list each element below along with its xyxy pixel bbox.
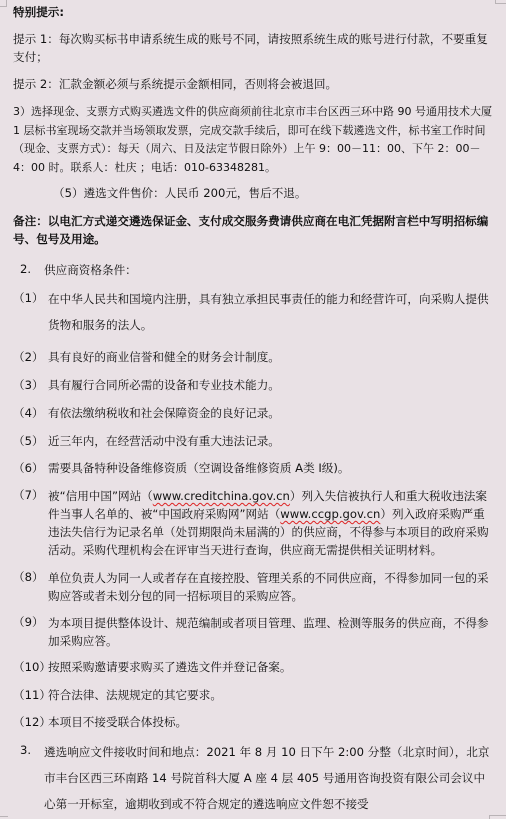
- item-text: 具有履行合同所必需的设备和专业技术能力。: [48, 377, 496, 394]
- item-number: （9）: [13, 614, 44, 630]
- item-number: （5）: [13, 433, 44, 449]
- item-number: （11）: [13, 687, 51, 703]
- item-text: 为本项目提供整体设计、规范编制或者项目管理、监理、检测等服务的供应商，不得参加采…: [48, 614, 496, 650]
- section-2-title: 供应商资格条件：: [44, 262, 137, 278]
- item-text: 单位负责人为同一人或者存在直接控股、管理关系的不同供应商，不得参加同一包的采购应…: [48, 569, 496, 605]
- item-number: （4）: [13, 405, 44, 421]
- notice-remark: 备注：以电汇方式递交遴选保证金、支付成交服务费请供应商在电汇凭据附言栏中写明招标…: [13, 212, 493, 248]
- item-text: 需要具备特种设备维修资质（空调设备维修资质 A类 I级)。: [48, 460, 496, 477]
- item-number: （8）: [13, 569, 44, 585]
- crop-mark-top-right: [495, 0, 506, 4]
- item-number: （6）: [13, 460, 44, 476]
- ccgp-url[interactable]: www.ccgp.gov.cn: [280, 507, 380, 521]
- item-number: （1）: [13, 290, 44, 306]
- notice-heading: 特别提示:: [13, 3, 493, 21]
- item-number: （3）: [13, 377, 44, 393]
- item-text: 有依法缴纳税收和社会保障资金的良好记录。: [48, 405, 496, 422]
- item-number: （2）: [13, 349, 44, 365]
- item-text: 被“信用中国”网站（www.creditchina.gov.cn）列入失信被执行…: [48, 487, 496, 559]
- item-number: （7）: [13, 487, 44, 503]
- item-text: 在中华人民共和国境内注册，具有独立承担民事责任的能力和经营许可，向采购人提供货物…: [48, 286, 496, 338]
- item-text: 具有良好的商业信誉和健全的财务会计制度。: [48, 349, 496, 366]
- item-number: （10）: [13, 659, 51, 675]
- notice-tip-5-price: （5）遴选文件售价：人民币 200元，售后不退。: [53, 184, 493, 202]
- section-3-number: 3.: [20, 743, 31, 757]
- item-text: 按照采购邀请要求购买了遴选文件并登记备案。: [48, 659, 496, 676]
- notice-tip-2: 提示 2：汇款金额必须与系统提示金额相同，否则将会被退回。: [13, 75, 493, 93]
- notice-tip-3: 3）选择现金、支票方式购买遴选文件的供应商须前往北京市丰台区西三环中路 90 号…: [13, 103, 493, 177]
- item-text: 符合法律、法规规定的其它要求。: [48, 687, 496, 704]
- item-text: 近三年内，在经营活动中没有重大违法记录。: [48, 433, 496, 450]
- section-3-text: 遴选响应文件接收时间和地点：2021 年 8 月 10 日下午 2:00 分整（…: [44, 739, 496, 817]
- notice-tip-1: 提示 1：每次购买标书申请系统生成的账号不同，请按照系统生成的账号进行付款，不要…: [13, 30, 493, 66]
- crop-mark-top-left: [0, 0, 7, 7]
- item-text: 本项目不接受联合体投标。: [48, 714, 496, 731]
- section-2-number: 2.: [20, 262, 31, 276]
- item-number: （12）: [13, 714, 51, 730]
- item-text-part: 被“信用中国”网站（: [48, 489, 153, 503]
- creditchina-url[interactable]: www.creditchina.gov.cn: [153, 489, 290, 503]
